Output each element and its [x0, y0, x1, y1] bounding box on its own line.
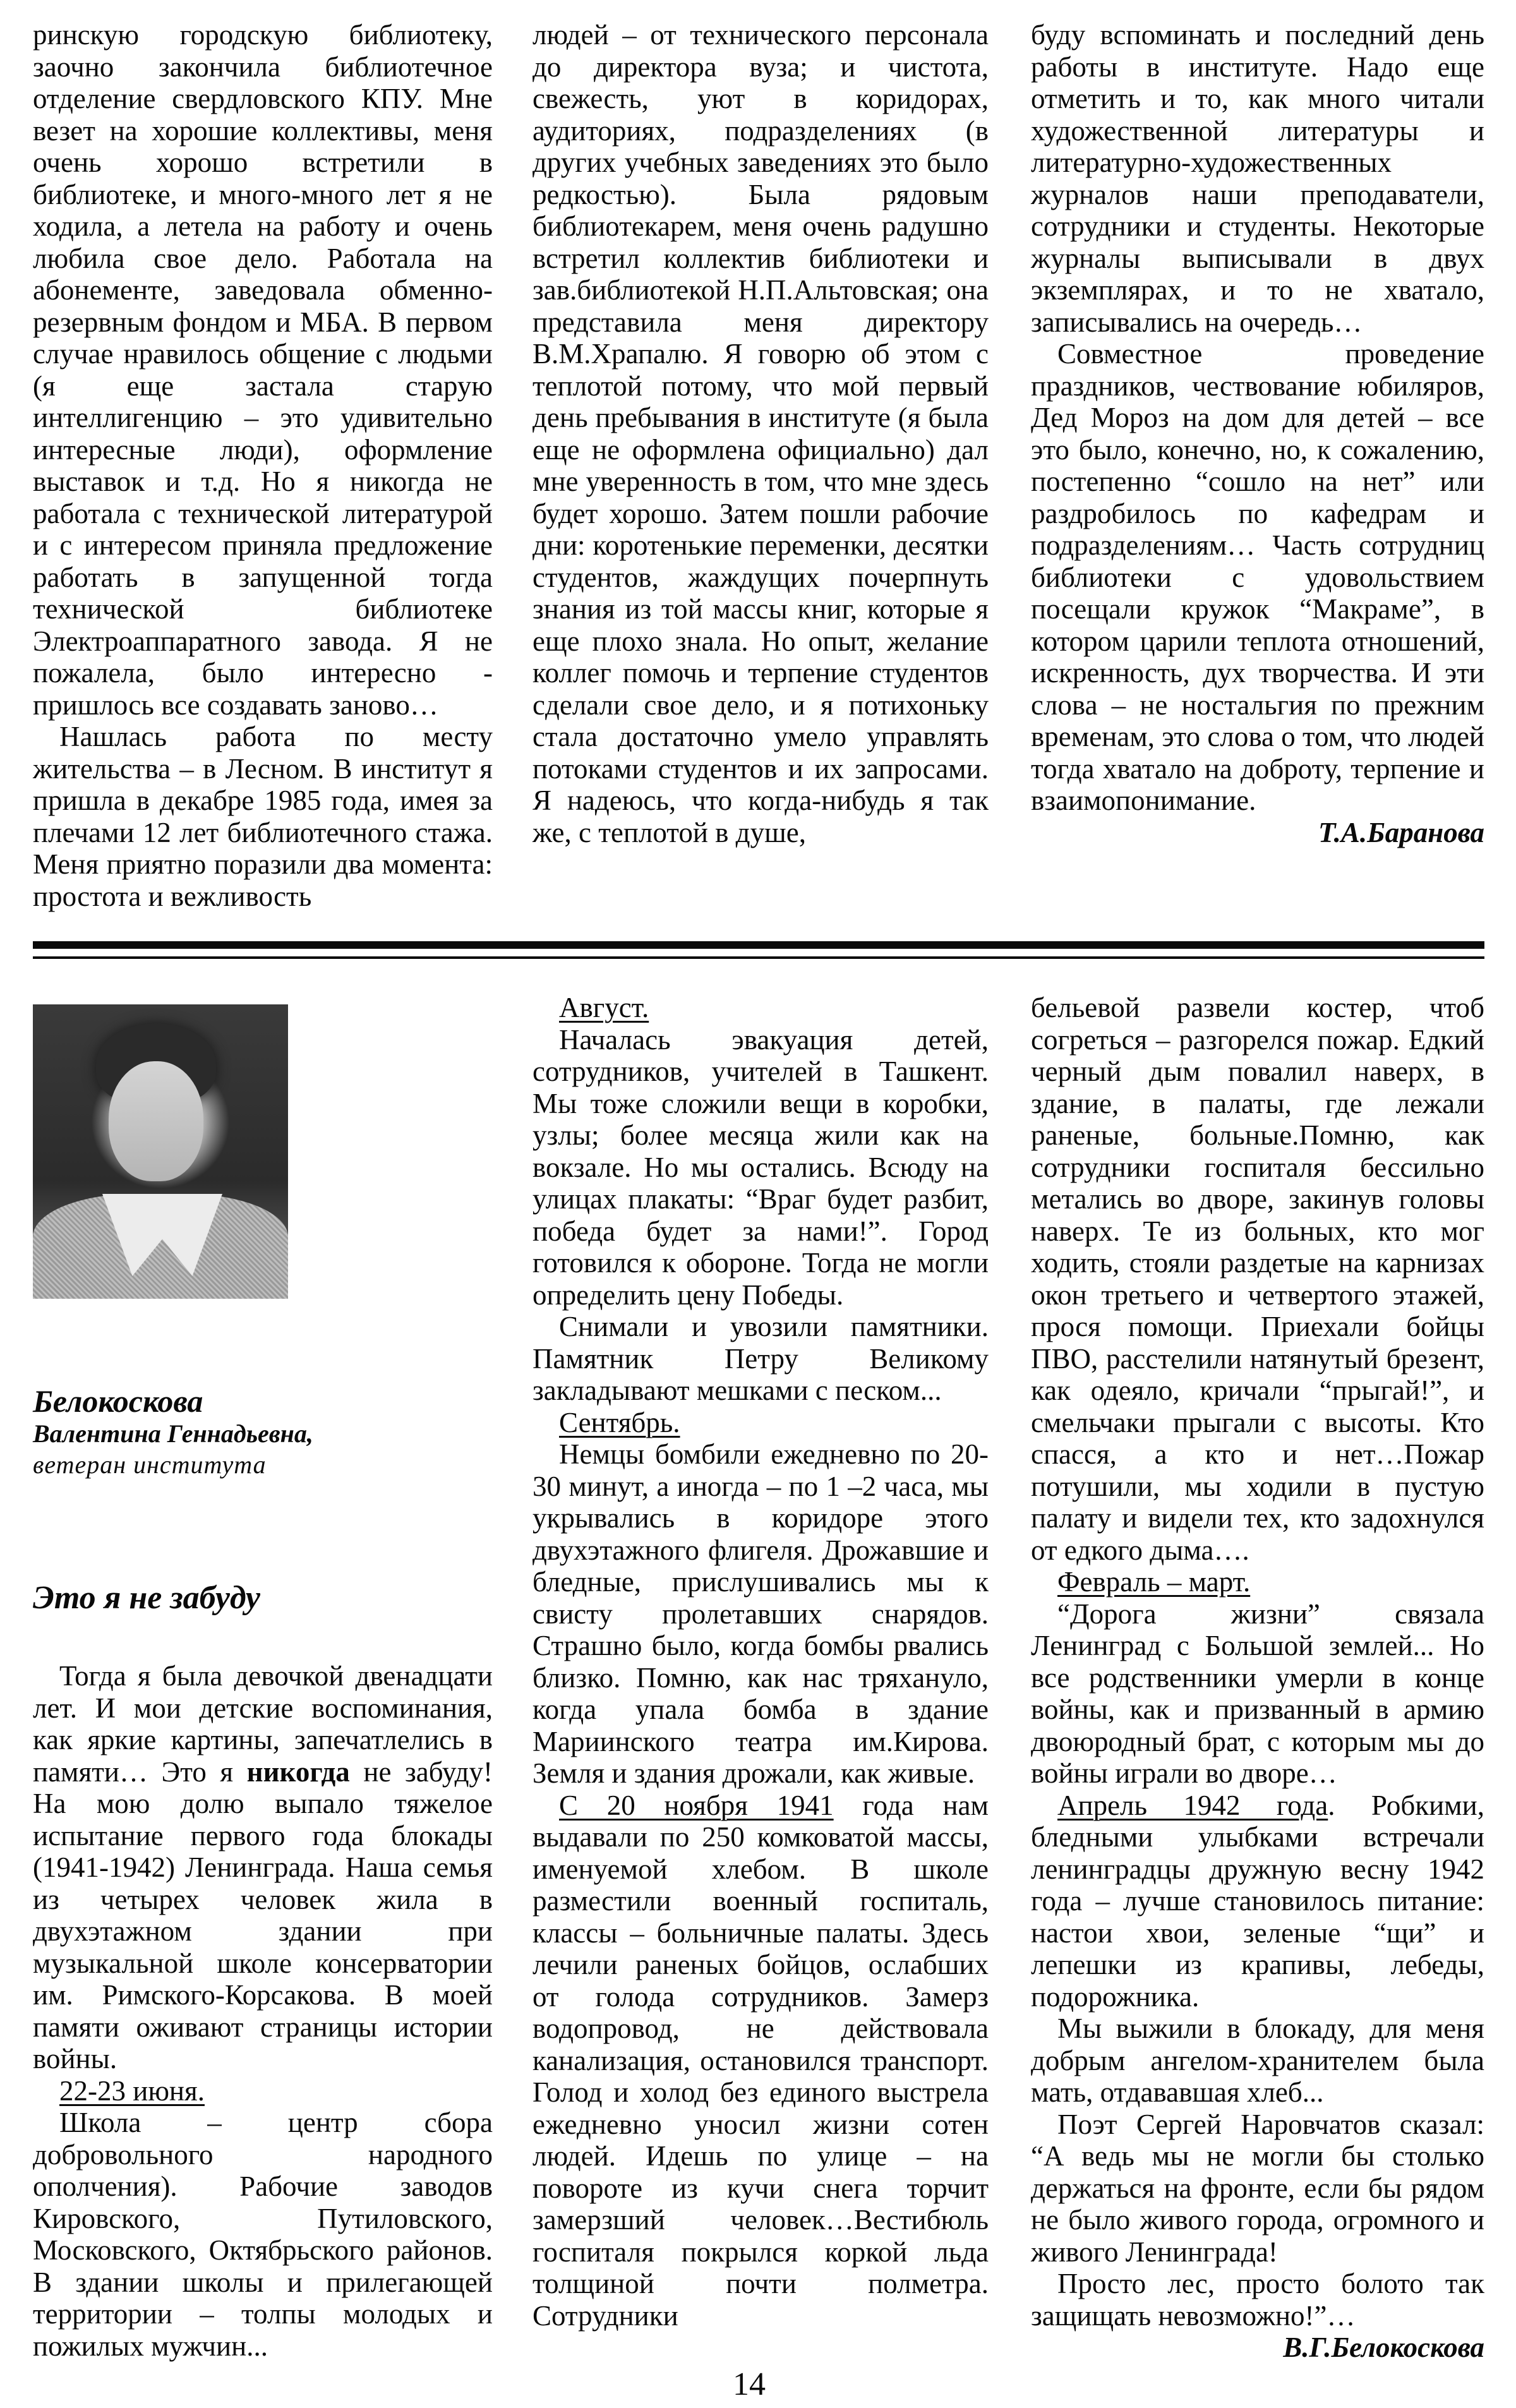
paragraph: Просто лес, просто болото так защищать н…	[1031, 2268, 1484, 2332]
paragraph: Поэт Сергей Наровчатов сказал: “А ведь м…	[1031, 2109, 1484, 2268]
paragraph: Тогда я была девочкой двенадцати лет. И …	[33, 1660, 493, 2075]
paragraph: С 20 ноября 1941 года нам выдавали по 25…	[532, 1790, 989, 2332]
paragraph: бельевой развели костер, чтоб согреться …	[1031, 992, 1484, 1566]
top-column-1: ринскую городскую библиотеку, заочно зак…	[33, 19, 493, 912]
bottom-column-2: Август. Началась эвакуация детей, сотруд…	[532, 992, 989, 2332]
date-november: С 20 ноября 1941	[559, 1790, 834, 1821]
author-portrait-photo	[33, 1004, 288, 1299]
date-heading: Сентябрь.	[532, 1407, 989, 1439]
top-column-2: людей – от технического персонала до дир…	[532, 19, 989, 848]
author-full-name: Валентина Геннадьевна,	[33, 1419, 313, 1449]
paragraph: буду вспоминать и последний день работы …	[1031, 19, 1484, 338]
text-run: года нам выдавали по 250 комковатой масс…	[532, 1790, 989, 2332]
paragraph: ринскую городскую библиотеку, заочно зак…	[33, 19, 493, 721]
author-caption: Белокоскова Валентина Геннадьевна, ветер…	[33, 1383, 313, 1481]
emphasis-text: никогда	[247, 1756, 350, 1788]
bottom-column-3: бельевой развели костер, чтоб согреться …	[1031, 992, 1484, 2364]
section-divider-thick	[33, 941, 1484, 949]
paragraph: Апрель 1942 года. Робкими, бледными улыб…	[1031, 1790, 1484, 2013]
signature-belokoskova: В.Г.Белокоскова	[1031, 2332, 1484, 2364]
date-heading: Февраль – март.	[1031, 1566, 1484, 1598]
page-number: 14	[733, 2366, 766, 2403]
article-title: Это я не забуду	[33, 1579, 260, 1616]
paragraph: Нашлась работа по месту жительства – в Л…	[33, 721, 493, 912]
date-august: Август.	[559, 992, 649, 1023]
author-surname: Белокоскова	[33, 1383, 313, 1419]
bottom-column-1: Тогда я была девочкой двенадцати лет. И …	[33, 1660, 493, 2362]
paragraph: людей – от технического персонала до дир…	[532, 19, 989, 848]
date-heading: Август.	[532, 992, 989, 1024]
author-role: ветеран института	[33, 1449, 313, 1481]
section-divider-thin	[33, 956, 1484, 959]
signature-baranova: Т.А.Баранова	[1031, 817, 1484, 849]
date-february: Февраль – март.	[1057, 1566, 1250, 1598]
paragraph: Немцы бомбили ежедневно по 20-30 минут, …	[532, 1438, 989, 1790]
paragraph: Началась эвакуация детей, сотрудников, у…	[532, 1024, 989, 1311]
paragraph: Школа – центр сбора добровольного народн…	[33, 2107, 493, 2362]
date-june: 22-23 июня.	[59, 2075, 205, 2107]
paragraph: “Дорога жизни” связала Ленинград с Больш…	[1031, 1598, 1484, 1790]
text-run: . Робкими, бледными улыбками встречали л…	[1031, 1790, 1484, 2013]
portrait-face-shape	[109, 1061, 203, 1181]
text-run: не забуду! На мою долю выпало тяжелое ис…	[33, 1756, 493, 2075]
paragraph: Снимали и увозили памятники. Памятник Пе…	[532, 1311, 989, 1407]
paragraph: Совместное проведение праздников, чество…	[1031, 338, 1484, 817]
date-april: Апрель 1942 года	[1057, 1790, 1328, 1821]
date-september: Сентябрь.	[559, 1407, 680, 1438]
paragraph: Мы выжили в блокаду, для меня добрым анг…	[1031, 2013, 1484, 2109]
date-heading: 22-23 июня.	[33, 2075, 493, 2107]
top-column-3: буду вспоминать и последний день работы …	[1031, 19, 1484, 848]
